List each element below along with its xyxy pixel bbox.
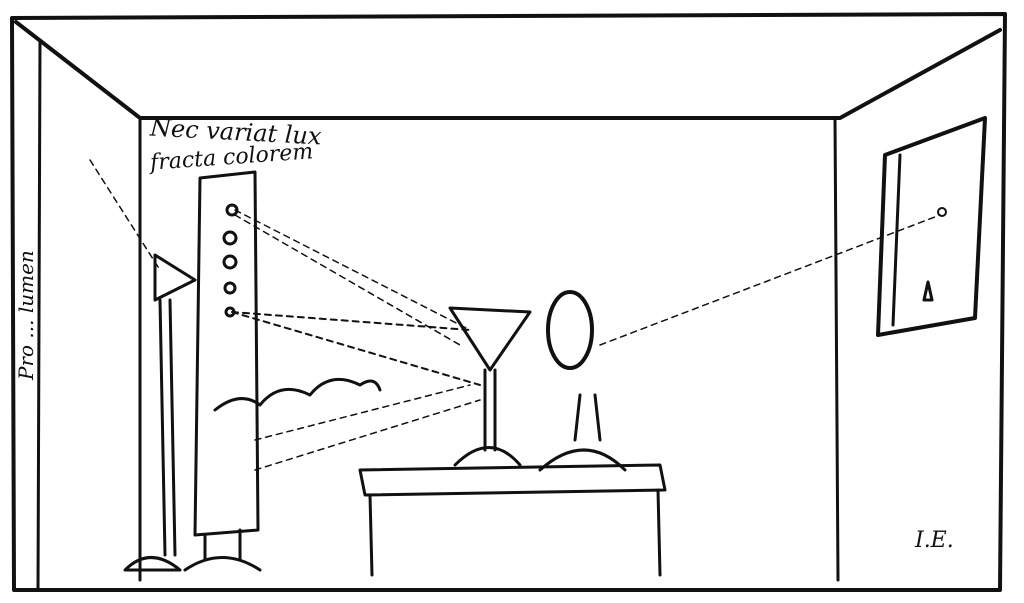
vertical-caption: Pro ... lumen [14,250,38,380]
right-wall-corner [835,118,838,580]
light-rays [90,160,940,470]
screen [195,172,258,535]
mirror-stand [540,395,625,470]
prism-2 [450,308,530,370]
window-arrow [924,282,932,300]
screen-holes [224,205,237,316]
prism-2-stand [455,370,520,465]
prism-1 [155,255,195,300]
sketch-canvas: Nec variat lux fracta colorem Pro ... lu… [0,0,1024,603]
mirror [548,292,592,368]
ceiling-lines [16,22,1000,118]
signature: I.E. [915,528,954,553]
sketch-drawing [0,0,1024,603]
table-sides [370,490,660,575]
table-top [360,465,665,495]
landscape [215,379,380,410]
left-wall-line [38,40,40,590]
prism-1-stand [125,300,180,570]
